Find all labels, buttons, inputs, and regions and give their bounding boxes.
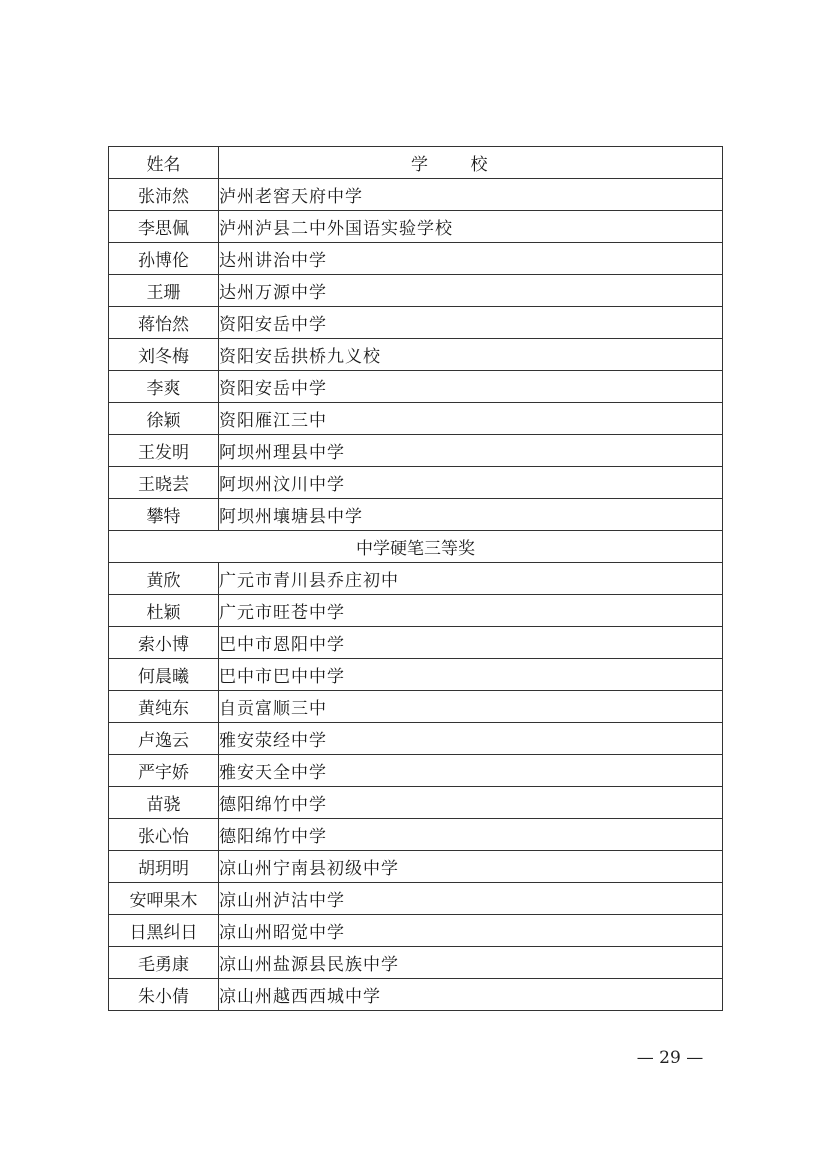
table-row: 孙博伦达州讲治中学 xyxy=(109,243,723,275)
table-row: 毛勇康凉山州盐源县民族中学 xyxy=(109,947,723,979)
cell-school: 雅安荥经中学 xyxy=(219,723,723,755)
cell-name: 卢逸云 xyxy=(109,723,219,755)
page-number: — 29 — xyxy=(620,1048,720,1068)
table-row: 朱小倩凉山州越西西城中学 xyxy=(109,979,723,1011)
cell-name: 刘冬梅 xyxy=(109,339,219,371)
table-row: 李思佩泸州泸县二中外国语实验学校 xyxy=(109,211,723,243)
cell-school: 凉山州盐源县民族中学 xyxy=(219,947,723,979)
cell-name: 王发明 xyxy=(109,435,219,467)
table-row: 李爽资阳安岳中学 xyxy=(109,371,723,403)
cell-school: 凉山州宁南县初级中学 xyxy=(219,851,723,883)
cell-name: 李思佩 xyxy=(109,211,219,243)
award-table: 姓名 学校 张沛然泸州老窖天府中学李思佩泸州泸县二中外国语实验学校孙博伦达州讲治… xyxy=(108,146,723,1011)
table-row: 攀特阿坝州壤塘县中学 xyxy=(109,499,723,531)
table-row: 徐颖资阳雁江三中 xyxy=(109,403,723,435)
table-row: 苗骁德阳绵竹中学 xyxy=(109,787,723,819)
table-row: 卢逸云雅安荥经中学 xyxy=(109,723,723,755)
header-school: 学校 xyxy=(219,147,723,179)
cell-name: 胡玥明 xyxy=(109,851,219,883)
cell-name: 黄欣 xyxy=(109,563,219,595)
table-row: 索小博巴中市恩阳中学 xyxy=(109,627,723,659)
cell-school: 阿坝州汶川中学 xyxy=(219,467,723,499)
cell-school: 资阳雁江三中 xyxy=(219,403,723,435)
section-row: 中学硬笔三等奖 xyxy=(109,531,723,563)
cell-school: 阿坝州壤塘县中学 xyxy=(219,499,723,531)
table-row: 刘冬梅资阳安岳拱桥九义校 xyxy=(109,339,723,371)
cell-name: 何晨曦 xyxy=(109,659,219,691)
cell-school: 巴中市恩阳中学 xyxy=(219,627,723,659)
cell-name: 张沛然 xyxy=(109,179,219,211)
section-title: 中学硬笔三等奖 xyxy=(109,531,723,563)
cell-school: 雅安天全中学 xyxy=(219,755,723,787)
cell-school: 凉山州昭觉中学 xyxy=(219,915,723,947)
table-row: 张心怡德阳绵竹中学 xyxy=(109,819,723,851)
table-row: 王晓芸阿坝州汶川中学 xyxy=(109,467,723,499)
cell-school: 德阳绵竹中学 xyxy=(219,819,723,851)
cell-school: 自贡富顺三中 xyxy=(219,691,723,723)
cell-name: 杜颖 xyxy=(109,595,219,627)
cell-name: 李爽 xyxy=(109,371,219,403)
cell-name: 徐颖 xyxy=(109,403,219,435)
cell-school: 资阳安岳中学 xyxy=(219,307,723,339)
table-row: 王发明阿坝州理县中学 xyxy=(109,435,723,467)
cell-name: 朱小倩 xyxy=(109,979,219,1011)
table-row: 黄欣广元市青川县乔庄初中 xyxy=(109,563,723,595)
cell-name: 张心怡 xyxy=(109,819,219,851)
cell-school: 资阳安岳拱桥九义校 xyxy=(219,339,723,371)
cell-school: 巴中市巴中中学 xyxy=(219,659,723,691)
cell-school: 达州万源中学 xyxy=(219,275,723,307)
cell-school: 达州讲治中学 xyxy=(219,243,723,275)
cell-school: 泸州老窖天府中学 xyxy=(219,179,723,211)
cell-name: 索小博 xyxy=(109,627,219,659)
cell-name: 黄纯东 xyxy=(109,691,219,723)
table-row: 胡玥明凉山州宁南县初级中学 xyxy=(109,851,723,883)
cell-school: 凉山州泸沽中学 xyxy=(219,883,723,915)
cell-name: 日黑纠日 xyxy=(109,915,219,947)
cell-name: 严宇娇 xyxy=(109,755,219,787)
table-body: 张沛然泸州老窖天府中学李思佩泸州泸县二中外国语实验学校孙博伦达州讲治中学王珊达州… xyxy=(109,179,723,1011)
cell-school: 资阳安岳中学 xyxy=(219,371,723,403)
cell-school: 广元市旺苍中学 xyxy=(219,595,723,627)
cell-name: 王晓芸 xyxy=(109,467,219,499)
table-row: 严宇娇雅安天全中学 xyxy=(109,755,723,787)
table-row: 日黑纠日凉山州昭觉中学 xyxy=(109,915,723,947)
table-row: 王珊达州万源中学 xyxy=(109,275,723,307)
table-row: 安呷果木凉山州泸沽中学 xyxy=(109,883,723,915)
cell-name: 毛勇康 xyxy=(109,947,219,979)
cell-name: 孙博伦 xyxy=(109,243,219,275)
cell-school: 泸州泸县二中外国语实验学校 xyxy=(219,211,723,243)
table-header-row: 姓名 学校 xyxy=(109,147,723,179)
table-row: 黄纯东自贡富顺三中 xyxy=(109,691,723,723)
table-row: 何晨曦巴中市巴中中学 xyxy=(109,659,723,691)
table-row: 张沛然泸州老窖天府中学 xyxy=(109,179,723,211)
cell-school: 凉山州越西西城中学 xyxy=(219,979,723,1011)
document-page: 姓名 学校 张沛然泸州老窖天府中学李思佩泸州泸县二中外国语实验学校孙博伦达州讲治… xyxy=(0,0,827,1170)
cell-school: 广元市青川县乔庄初中 xyxy=(219,563,723,595)
cell-name: 攀特 xyxy=(109,499,219,531)
cell-name: 王珊 xyxy=(109,275,219,307)
cell-school: 德阳绵竹中学 xyxy=(219,787,723,819)
table-row: 杜颖广元市旺苍中学 xyxy=(109,595,723,627)
cell-school: 阿坝州理县中学 xyxy=(219,435,723,467)
cell-name: 安呷果木 xyxy=(109,883,219,915)
header-name: 姓名 xyxy=(109,147,219,179)
cell-name: 蒋怡然 xyxy=(109,307,219,339)
cell-name: 苗骁 xyxy=(109,787,219,819)
table-row: 蒋怡然资阳安岳中学 xyxy=(109,307,723,339)
